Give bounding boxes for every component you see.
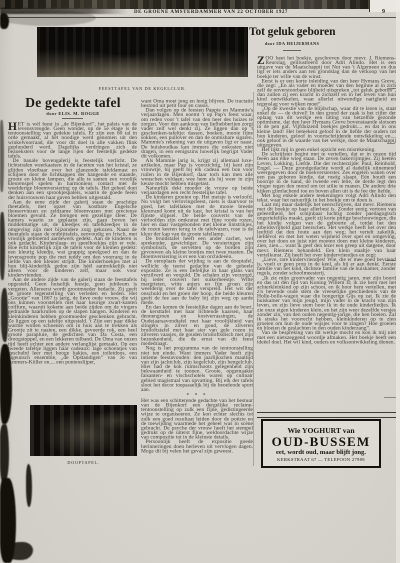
paragraph: De banale bovengalerij is feestelijk ver… [8,159,137,200]
column-text-upper: want Oma moet jong en lenig blijven. De … [141,99,253,392]
article-column-1: HET is wèl feest in „de Bijenkorf”, het … [8,122,137,403]
scan-artifact [387,143,395,144]
column-text: HET is wèl feest in „de Bijenkorf”, het … [8,122,137,365]
article-column-right: ZOO heet het boekje, geschreven door mev… [257,56,396,409]
scan-artifact [5,542,33,560]
scan-artifact [1,288,8,342]
article-title-right: Tot geluk geboren [249,26,335,38]
scan-artifact [26,464,32,507]
paragraph: De kinderen groeien op. Het meisje is ve… [141,195,253,236]
yoghurt-advertisement: Wie YOGHURT van OUD-BUSSEM eet, wordt ou… [261,419,381,468]
column-text-lower: Het was een schitterende gedachte van he… [141,399,253,454]
paragraph: HET is wèl feest in „de Bijenkorf”, het … [8,122,137,159]
paragraph: Persoonlijk heeft de expositie goede her… [141,440,253,454]
page-number: 9 [382,9,385,15]
paragraph: Dan volgen op de feesten Pappie en Mammi… [141,108,253,158]
double-rule [257,412,396,418]
scan-artifact [0,10,96,26]
article-title-left: De gedekte tafel [8,95,138,111]
ad-brand: OUD-BUSSEM [272,436,371,448]
paragraph: En dan komen de feestelijke dagen aan de… [141,305,253,346]
scan-artifact [0,344,12,424]
ad-slogan: eet, wordt oud, maar blijft jong. [276,449,366,456]
paragraph: Nog is het programma van de tentoonstell… [141,346,253,392]
scan-artifact [0,424,9,482]
paragraph: Laat mij maar dadelijk het neerschrijven… [257,203,396,258]
column-text: ZOO heet het boekje, geschreven door mev… [257,56,396,344]
paragraph: Aan de andere zijde van de galerij staan… [8,278,137,365]
paragraph: „Op de kwestie van de blijdschap, waar d… [257,106,396,147]
scan-artifact [387,88,396,89]
paragraph: ZOO heet het boekje, geschreven door mev… [257,56,396,79]
paragraph: „Ik zie mijn grootvader van negentig jar… [257,276,396,331]
column-text: want Oma moet jong en lenig blijven. De … [141,99,253,453]
column-divider-rule [253,92,254,466]
article-column-2: want Oma moet jong en lenig blijven. De … [141,99,253,468]
photo-caption: FEESTTAFEL VAN DE KEGELCLUB. [37,86,248,91]
article-byline-left: door ELIS. M. ROGGE [8,111,138,116]
photo-caption: DOOPTAFEL. [30,460,137,465]
paragraph: Eerst is er een korte inleiding van den … [257,79,396,106]
paragraph: „Lieve, rare kindervriendjes! Wie, die e… [257,257,396,275]
feesttafel-photo [37,27,248,77]
dooptafel-photo [30,405,137,456]
scan-artifact [0,120,4,192]
paragraph: De bruidstafel heeft een ander cachet, w… [141,236,253,259]
paragraph: De eereplaats der wijding is aan de doop… [141,259,253,305]
paragraph: Het was een schitterende gedachte van he… [141,399,253,440]
masthead: DE GROENE AMSTERDAMMER VAN 22 OCTOBER 19… [133,10,289,15]
byline-rule [283,50,301,51]
paragraph: Aan de eene zijde der galerij staan de p… [8,200,137,278]
page-edge [396,0,400,563]
paragraph: Van de bespreking van dit werkje mocht e… [257,331,396,345]
scan-artifact [0,212,5,280]
newspaper-page: DE GROENE AMSTERDAMMER VAN 22 OCTOBER 19… [0,0,400,563]
ad-address: KERKSTRAAT 67 — TELEFOON 27988 [277,457,365,462]
scan-artifact [384,397,396,398]
paragraph: Als Mammie jarig is, krijgt zij allemaal… [141,159,253,186]
paragraph: De schrijfster begint met te vertellen, … [257,152,396,193]
byline-rule [62,118,83,119]
article-byline-right: door IDA HEIJERMANS [249,41,335,46]
scan-artifact [386,260,395,261]
